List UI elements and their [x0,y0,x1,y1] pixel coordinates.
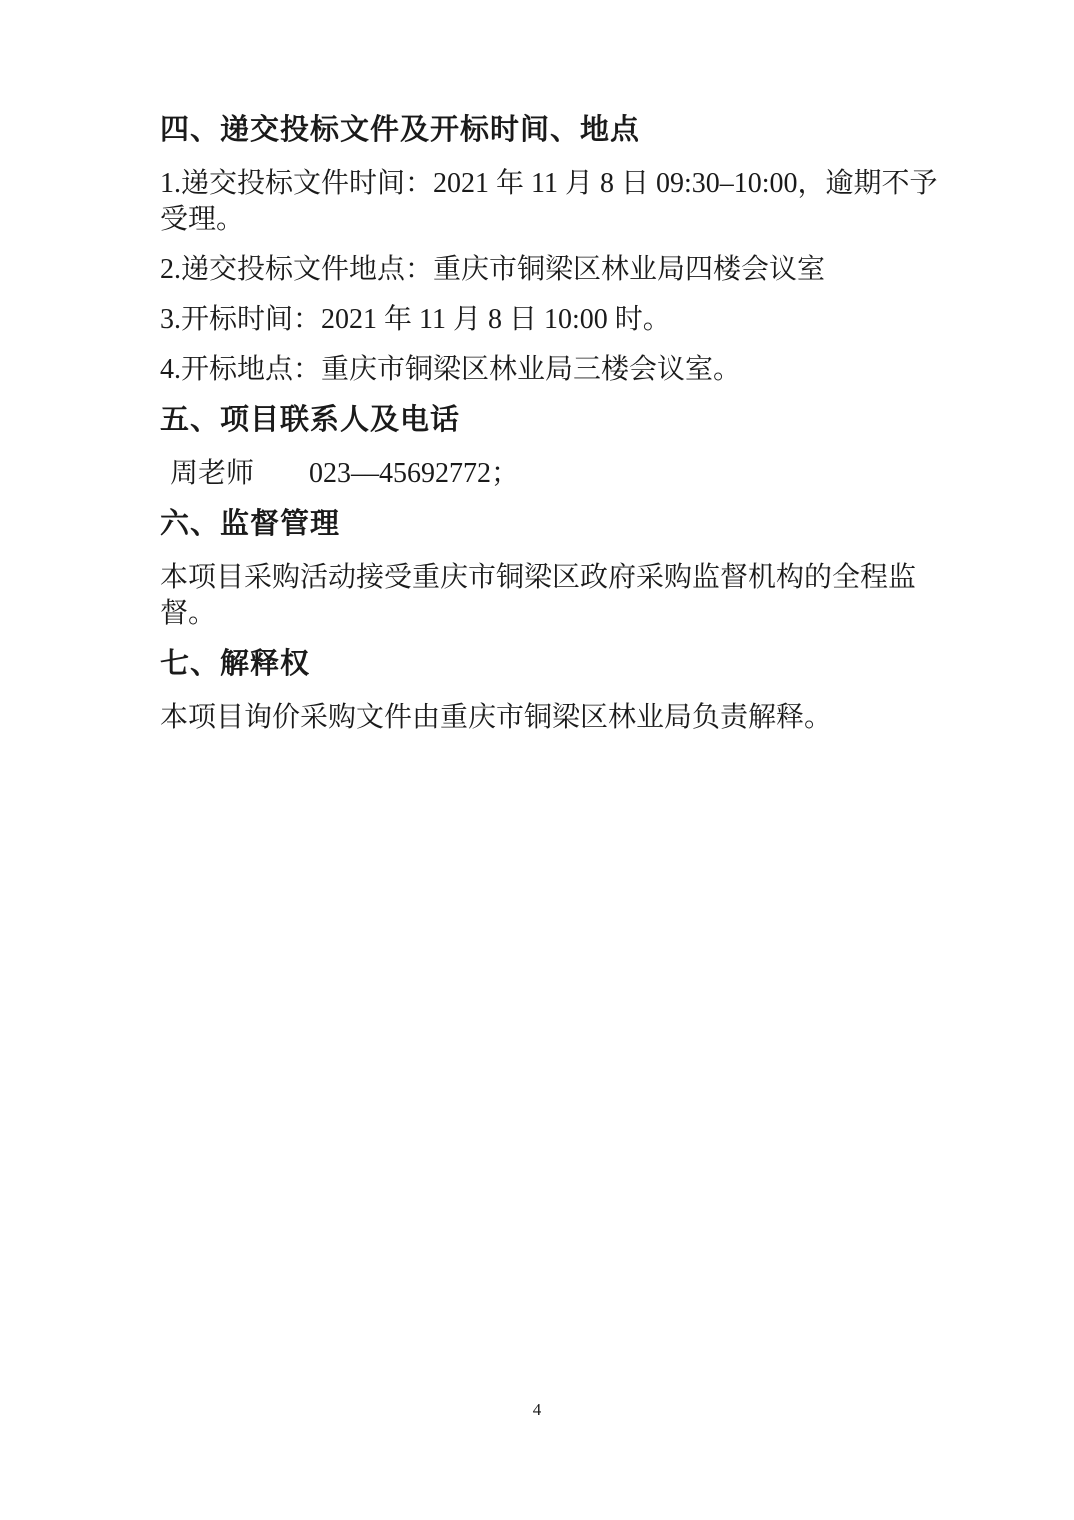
page-number: 4 [0,1400,1074,1420]
contact-line: 周老师 023––45692772； [160,456,954,492]
section-heading-6: 六、监督管理 [160,506,954,542]
body-line-supervision: 本项目采购活动接受重庆市铜梁区政府采购监督机构的全程监督。 [160,560,954,632]
body-line-submission-place: 2.递交投标文件地点：重庆市铜梁区林业局四楼会议室 [160,252,954,288]
contact-phone: 023––45692772； [309,458,519,489]
contact-name: 周老师 [170,458,254,489]
section-heading-4: 四、递交投标文件及开标时间、地点 [160,112,954,148]
body-line-submission-time: 1.递交投标文件时间：2021 年 11 月 8 日 09:30–10:00，逾… [160,166,954,238]
section-heading-5: 五、项目联系人及电话 [160,402,954,438]
section-interpretation: 七、解释权 本项目询价采购文件由重庆市铜梁区林业局负责解释。 [160,646,954,736]
body-line-interpretation: 本项目询价采购文件由重庆市铜梁区林业局负责解释。 [160,700,954,736]
document-page: 四、递交投标文件及开标时间、地点 1.递交投标文件时间：2021 年 11 月 … [0,0,1074,1520]
section-submission-and-opening: 四、递交投标文件及开标时间、地点 1.递交投标文件时间：2021 年 11 月 … [160,112,954,388]
body-line-opening-time: 3.开标时间：2021 年 11 月 8 日 10:00 时。 [160,302,954,338]
section-contact: 五、项目联系人及电话 周老师 023––45692772； [160,402,954,492]
body-line-opening-place: 4.开标地点：重庆市铜梁区林业局三楼会议室。 [160,352,954,388]
section-supervision: 六、监督管理 本项目采购活动接受重庆市铜梁区政府采购监督机构的全程监督。 [160,506,954,632]
section-heading-7: 七、解释权 [160,646,954,682]
